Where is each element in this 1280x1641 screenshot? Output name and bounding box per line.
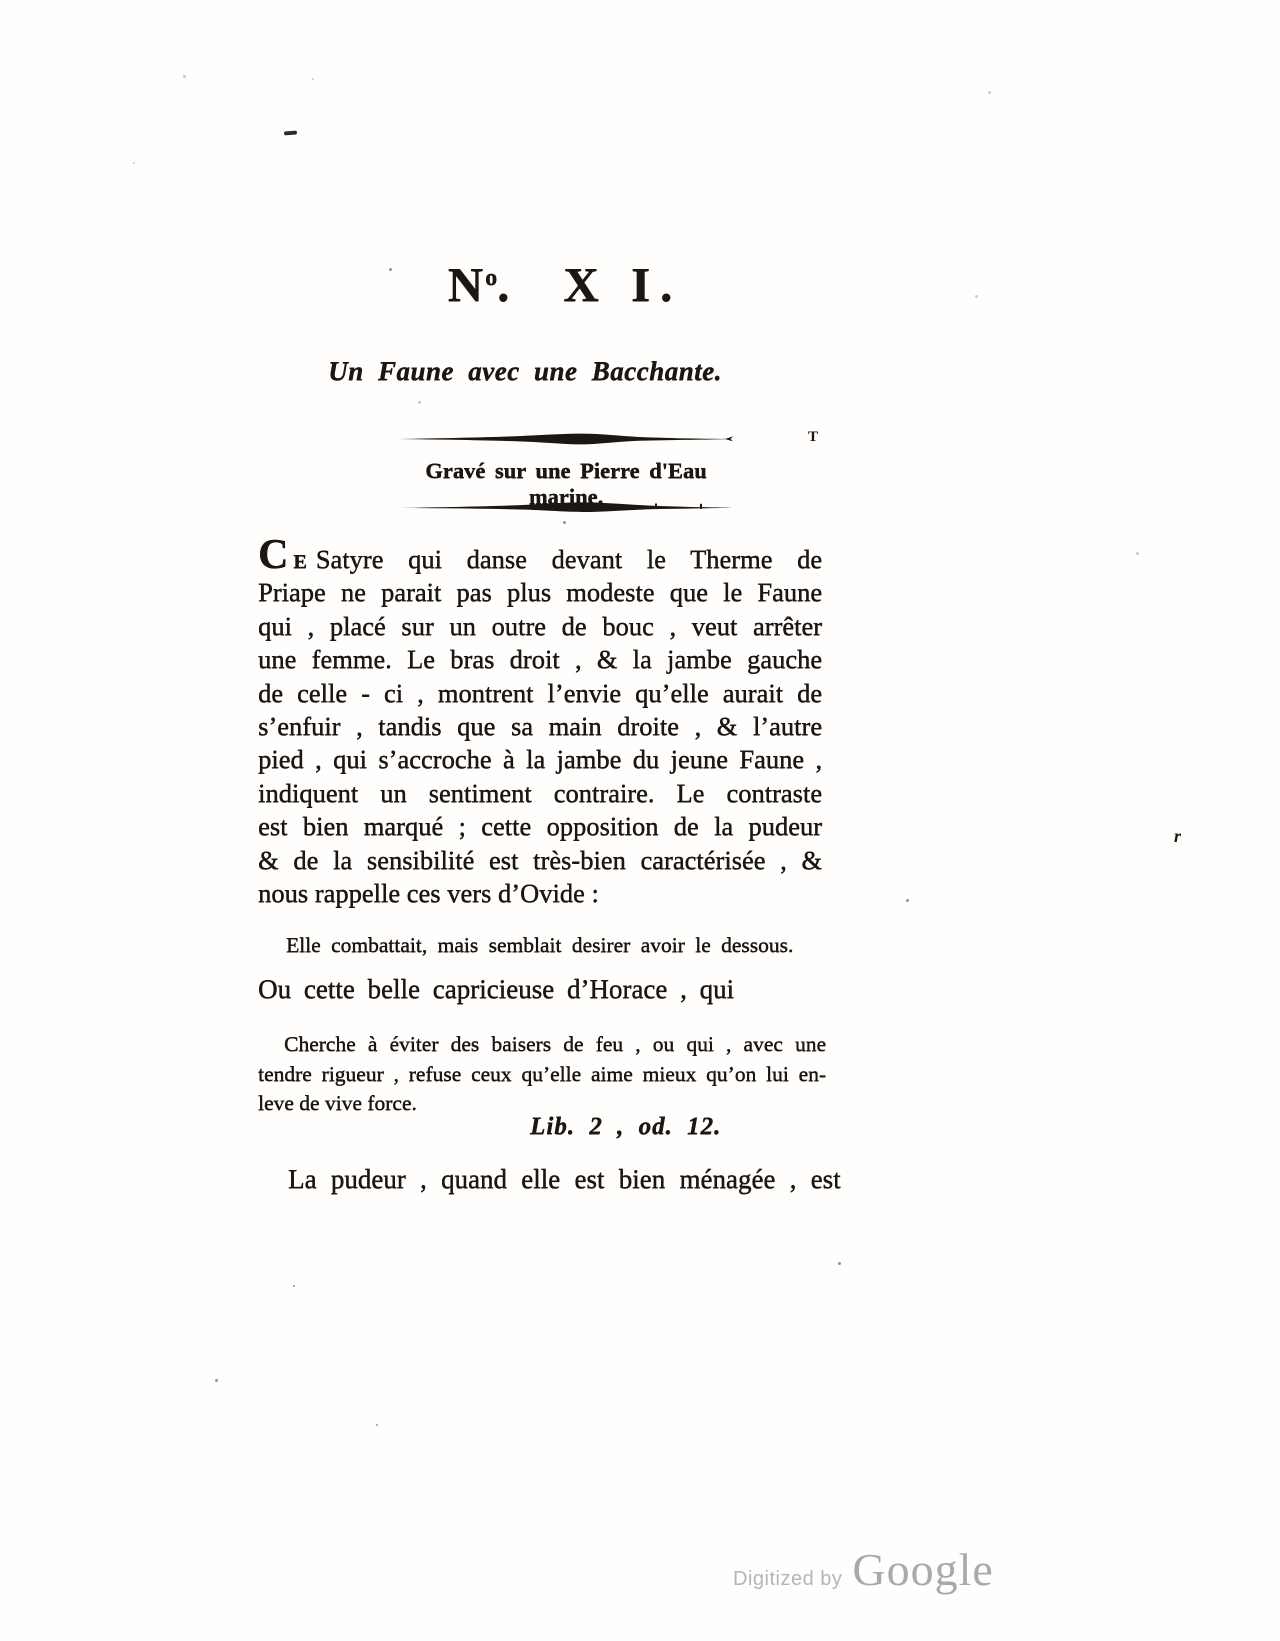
closing-line: La pudeur , quand elle est bien ménagée … [288, 1164, 828, 1195]
body-line: nous rappelle ces vers d’Ovide : [258, 877, 822, 910]
ovid-quote: Elle combattait, mais semblait desirer a… [286, 933, 831, 958]
body-line: Priape ne parait pas plus modeste que le… [258, 576, 822, 609]
scan-speck [389, 268, 392, 271]
body-line: & de la sensibilité est très-bien caract… [258, 844, 822, 877]
number-label: No. [448, 257, 512, 312]
scan-speck [1136, 552, 1139, 555]
horace-quote-block: Cherche à éviter des baisers de feu , ou… [258, 1030, 826, 1119]
body-line: indiquent un sentiment contraire. Le con… [258, 777, 822, 810]
body-paragraph: CESatyre qui danse devant le Therme de P… [258, 543, 822, 910]
google-logo: Google [852, 1543, 993, 1596]
horace-quote-line: Cherche à éviter des baisers de feu , ou… [258, 1030, 826, 1060]
decorative-swelled-rule-top [399, 432, 734, 446]
body-line: CESatyre qui danse devant le Therme de [258, 543, 822, 576]
page-title: No.X I. [275, 256, 855, 313]
scan-speck [215, 1379, 218, 1382]
citation-line: Lib. 2 , od. 12. [530, 1113, 721, 1141]
body-line: pied , qui s’accroche à la jambe du jeun… [258, 743, 822, 776]
horace-intro-line: Ou cette belle capricieuse d’Horace , qu… [258, 974, 824, 1005]
chapter-numeral: X I. [563, 257, 682, 312]
body-line: qui , placé sur un outre de bouc , veut … [258, 610, 822, 643]
ordinal-superscript: o [485, 265, 497, 291]
scan-speck [975, 295, 978, 298]
stray-dash-mark [284, 131, 297, 136]
scan-speck [906, 899, 909, 902]
scan-speck [312, 78, 314, 80]
horace-quote-line: tendre rigueur , refuse ceux qu’elle aim… [258, 1060, 826, 1090]
body-line: est bien marqué ; cette opposition de la… [258, 810, 822, 843]
drop-cap-initial: C [258, 532, 288, 578]
scan-speck [133, 162, 135, 164]
scanned-book-page: No.X I. Un Faune avec une Bacchante. T G… [0, 0, 1280, 1641]
stray-t-mark: T [808, 429, 818, 446]
scan-speck [988, 91, 991, 94]
scan-speck [563, 521, 566, 524]
body-line: une femme. Le bras droit , & la jambe ga… [258, 643, 822, 676]
watermark-prefix: Digitized by [733, 1568, 842, 1591]
scan-speck [183, 75, 186, 78]
subtitle: Un Faune avec une Bacchante. [235, 356, 815, 387]
body-line: de celle - ci , montrent l’envie qu’elle… [258, 677, 822, 710]
decorative-swelled-rule-bottom [400, 500, 733, 514]
stray-r-mark: r [1174, 826, 1181, 847]
scan-speck [838, 1262, 841, 1265]
scan-speck [418, 401, 421, 404]
scan-speck [293, 1285, 295, 1287]
watermark: Digitized by Google [733, 1543, 994, 1596]
body-line: s’enfuir , tandis que sa main droite , &… [258, 710, 822, 743]
scan-speck [376, 1424, 378, 1426]
small-cap: E [293, 551, 306, 573]
